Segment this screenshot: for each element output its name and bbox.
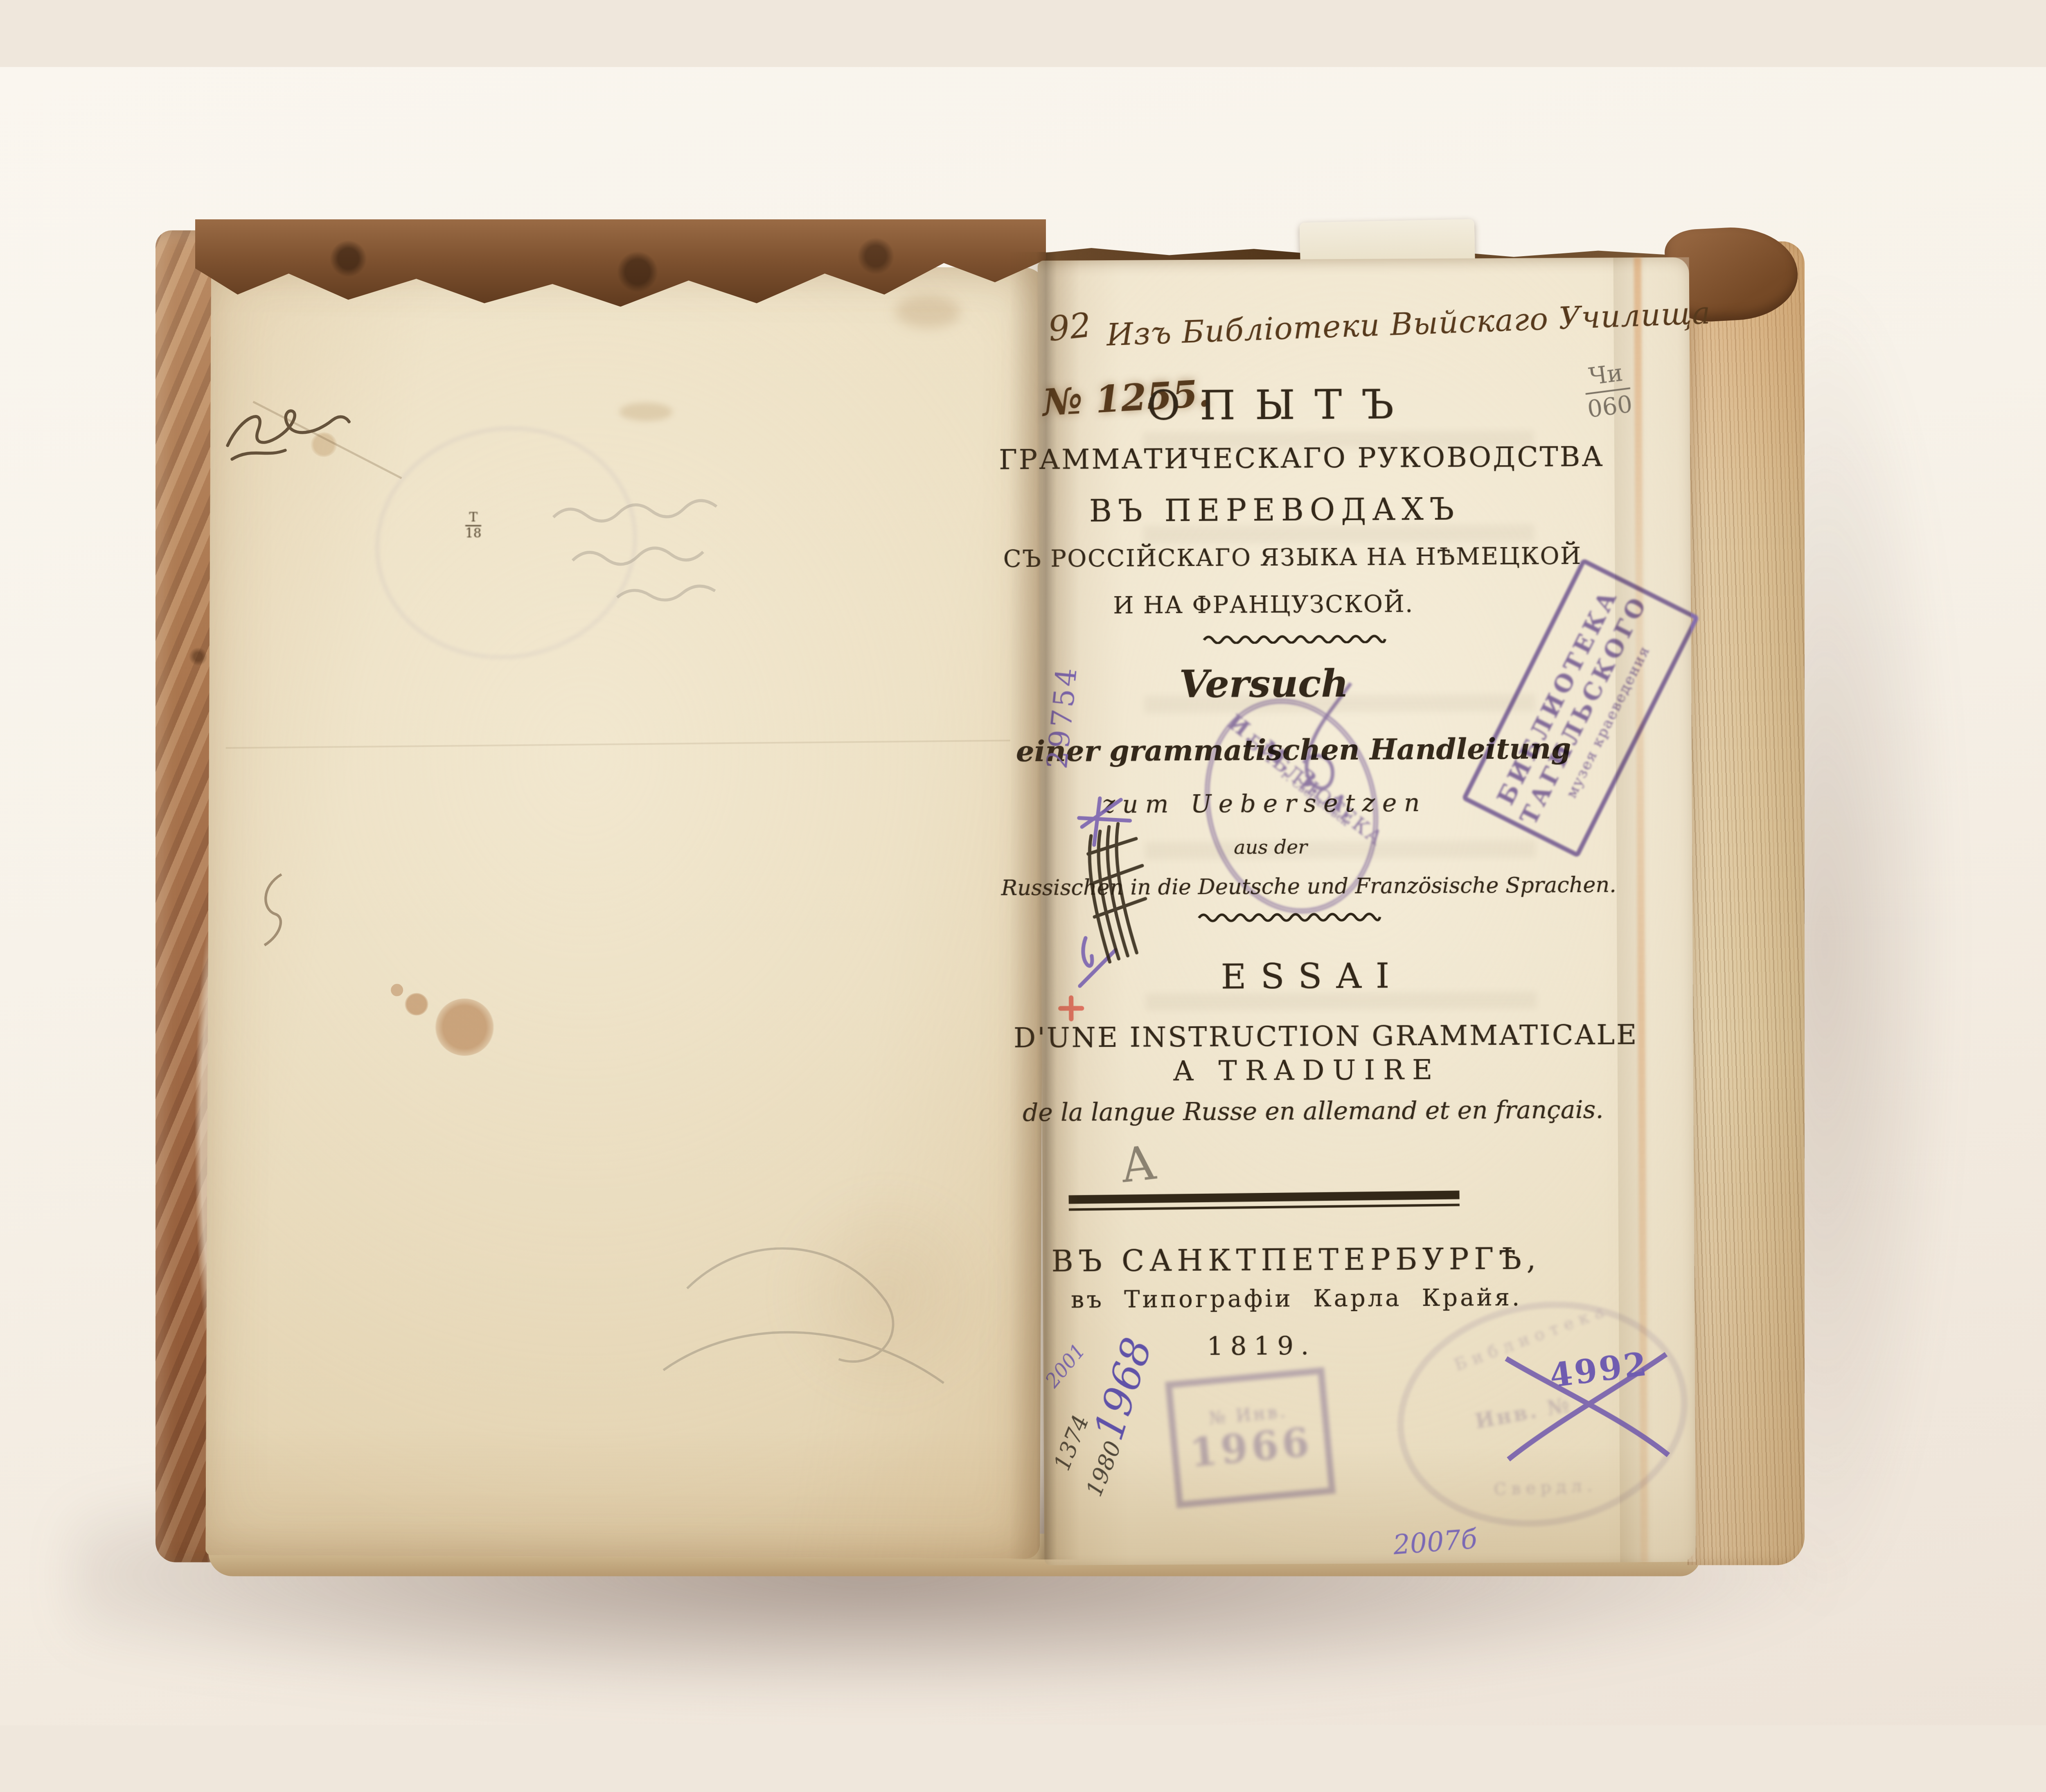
pencil-shelfmark-bottom: 060 [1586, 390, 1634, 423]
spine-ink-curl [250, 858, 292, 962]
paper-crease [226, 740, 1010, 749]
ink-shelfmark-bottom: 18 [465, 526, 482, 541]
faded-stamp-line-2: 1966 [1188, 1420, 1314, 1476]
faded-inventory-stamp: № Инв. 1966 [1165, 1367, 1336, 1508]
foxing-spot [310, 432, 337, 457]
ink-blot-stain [435, 999, 494, 1056]
ink-blot-stain-small [405, 993, 428, 1016]
title-page: 92 Изъ Библіотеки Выйскаго Училища № 125… [1038, 257, 1696, 1566]
title-main: ОПЫТЪ [987, 379, 1573, 430]
wavy-rule-top [1202, 632, 1386, 644]
pencil-shelfmark: Чи 060 [1582, 357, 1634, 425]
pencil-letter-A: А [1118, 1135, 1159, 1194]
foxing-smudge [619, 403, 672, 422]
title-subtitle-2: ВЪ ПЕРЕВОДАХЪ [982, 490, 1568, 530]
corner-stain [895, 295, 960, 329]
large-faint-stain [773, 1170, 1000, 1417]
red-cross-mark [1058, 995, 1084, 1022]
handwritten-number-2007b: 2007б [1392, 1524, 1478, 1561]
ink-blot-stain-dot [391, 984, 403, 996]
round-stamp-rim-bottom: Свердл. [1494, 1476, 1598, 1499]
fore-edge-page-stack [1688, 241, 1805, 1565]
open-book: Т 18 [155, 219, 1805, 1584]
ink-shelfmark-top: Т [465, 510, 482, 526]
corner-ink-scribble [219, 367, 386, 497]
imprint-city: ВЪ САНКТПЕТЕРБУРГѢ, [1003, 1242, 1589, 1279]
left-endpaper-page: Т 18 [205, 264, 1046, 1559]
title-subtitle-4: И НА ФРАНЦУЗСКОЙ. [970, 589, 1557, 620]
ink-shelfmark: Т 18 [465, 510, 482, 541]
pencil-number-1374: 1374 [1048, 1411, 1094, 1474]
handwritten-number-92: 92 [1046, 305, 1093, 349]
ink-crossout-scribble [1070, 756, 1161, 1026]
photo-scene: Т 18 [0, 67, 2046, 1725]
title-subtitle-1: ГРАММАТИЧЕСКАГО РУКОВОДСТВА [999, 440, 1585, 476]
imprint-printer: въ Типографіи Карла Крайя. [1003, 1283, 1590, 1314]
title-subtitle-3: СЪ РОССІЙСКАГО ЯЗЫКА НА НѢМЕЦКОЙ [999, 542, 1586, 573]
pencil-number-1980: 1980 [1081, 1437, 1127, 1500]
showthrough-handwriting [537, 423, 901, 665]
double-rule [1068, 1191, 1459, 1211]
french-line-4: de la langue Russe en allemand et en fra… [1020, 1095, 1606, 1127]
french-line-3: A TRADUIRE [1014, 1053, 1600, 1088]
pencil-shelfmark-top: Чи [1582, 357, 1630, 394]
